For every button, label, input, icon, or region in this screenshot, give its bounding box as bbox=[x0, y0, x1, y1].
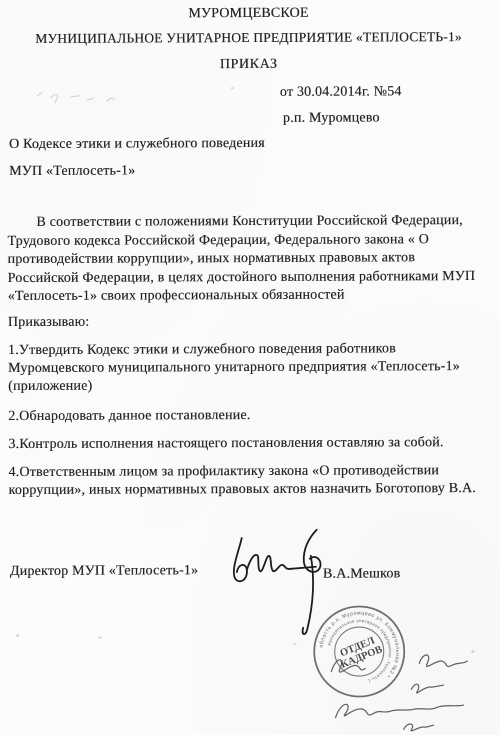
scan-speck bbox=[16, 634, 19, 637]
scan-speck bbox=[98, 637, 102, 639]
doc-type-title: ПРИКАЗ bbox=[0, 56, 499, 74]
director-position-label: Директор МУП «Теплосеть-1» bbox=[10, 563, 198, 580]
subject-line2: МУП «Теплосеть-1» bbox=[9, 163, 135, 180]
document-body: МУРОМЦЕВСКОЕ МУНИЦИПАЛЬНОЕ УНИТАРНОЕ ПРЕ… bbox=[0, 0, 500, 735]
scan-speck bbox=[293, 643, 296, 645]
scan-speck bbox=[231, 87, 234, 89]
preamble-line: противодействии коррупции», иных нормати… bbox=[7, 249, 475, 270]
order-item-line: Муромцевского муниципального унитарного … bbox=[8, 358, 460, 378]
scan-speck bbox=[471, 650, 474, 653]
preamble-line: «Теплосеть-1» своих профессиональных обя… bbox=[8, 286, 476, 307]
order-item-3: 3.Контроль исполнения настоящего постано… bbox=[8, 435, 443, 453]
order-item-1: 1.Утвердить Кодекс этики и служебного по… bbox=[8, 340, 460, 396]
resolve-word: Приказываю: bbox=[8, 315, 90, 331]
scanned-order-document: МУРОМЦЕВСКОЕ МУНИЦИПАЛЬНОЕ УНИТАРНОЕ ПРЕ… bbox=[0, 0, 500, 735]
subject-line1: О Кодексе этики и служебного поведения bbox=[9, 136, 265, 153]
order-item-line: 4.Ответственным лицом за профилактику за… bbox=[8, 462, 475, 482]
preamble-line: Трудового кодекса Российской Федерации, … bbox=[7, 231, 475, 252]
preamble-line: Российской Федерации, в целях достойного… bbox=[8, 268, 476, 289]
preamble-line: В соответствии с положениями Конституции… bbox=[7, 212, 475, 233]
org-name-line1: МУРОМЦЕВСКОЕ bbox=[0, 5, 498, 23]
order-item-line: коррупции», иных нормативных правовых ак… bbox=[8, 480, 475, 500]
handwritten-annotation bbox=[323, 641, 500, 734]
pencil-marks bbox=[31, 84, 146, 109]
order-item-2: 2.Обнародовать данное постановление. bbox=[8, 408, 250, 425]
preamble-paragraph: В соответствии с положениями Конституции… bbox=[7, 212, 475, 307]
place-line: р.п. Муромцево bbox=[283, 110, 380, 126]
org-name-line2: МУНИЦИПАЛЬНОЕ УНИТАРНОЕ ПРЕДПРИЯТИЕ «ТЕП… bbox=[0, 29, 499, 47]
order-item-line: 1.Утвердить Кодекс этики и служебного по… bbox=[8, 340, 460, 360]
order-item-4: 4.Ответственным лицом за профилактику за… bbox=[8, 462, 476, 500]
order-item-line: (приложение) bbox=[8, 376, 460, 396]
date-and-number: от 30.04.2014г. №54 bbox=[280, 84, 402, 101]
